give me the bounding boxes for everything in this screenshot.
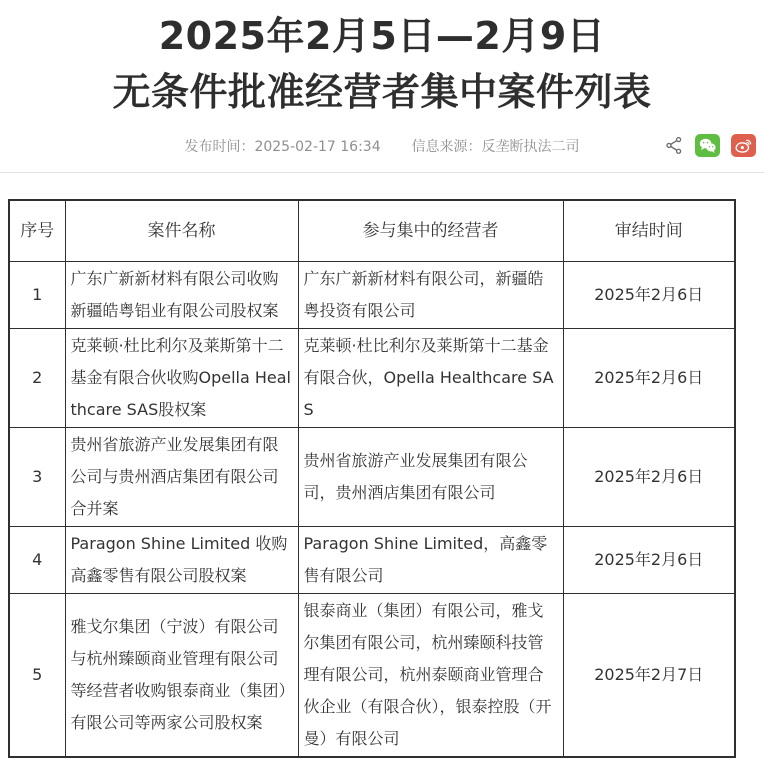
cell-review-date: 2025年2月6日 — [563, 527, 735, 594]
info-source-value: 反垄断执法二司 — [482, 139, 580, 155]
info-source-label: 信息来源： — [412, 139, 482, 155]
cases-table: 序号 案件名称 参与集中的经营者 审结时间 1 广东广新新材料有限公司收购新疆皓… — [8, 199, 736, 758]
table-row: 3 贵州省旅游产业发展集团有限公司与贵州酒店集团有限公司合并案 贵州省旅游产业发… — [9, 428, 735, 527]
publish-time-value: 2025-02-17 16:34 — [254, 139, 380, 155]
table-row: 1 广东广新新材料有限公司收购新疆皓粤铝业有限公司股权案 广东广新新材料有限公司… — [9, 262, 735, 329]
cell-no: 5 — [9, 594, 65, 758]
cell-parties: Paragon Shine Limited，高鑫零售有限公司 — [298, 527, 563, 594]
cell-no: 2 — [9, 329, 65, 428]
share-bar — [664, 132, 756, 158]
wechat-icon[interactable] — [695, 134, 720, 157]
cell-review-date: 2025年2月6日 — [563, 262, 735, 329]
info-source: 信息来源：反垄断执法二司 — [412, 134, 580, 160]
cell-no: 1 — [9, 262, 65, 329]
cell-review-date: 2025年2月6日 — [563, 329, 735, 428]
table-row: 5 雅戈尔集团（宁波）有限公司与杭州臻颐商业管理有限公司等经营者收购银泰商业（集… — [9, 594, 735, 758]
header-divider — [0, 172, 764, 173]
table-wrap: 序号 案件名称 参与集中的经营者 审结时间 1 广东广新新材料有限公司收购新疆皓… — [8, 199, 734, 758]
meta-row: 发布时间：2025-02-17 16:34 信息来源：反垄断执法二司 — [0, 134, 764, 160]
cell-case-name: 雅戈尔集团（宁波）有限公司与杭州臻颐商业管理有限公司等经营者收购银泰商业（集团）… — [65, 594, 298, 758]
cell-no: 3 — [9, 428, 65, 527]
weibo-icon[interactable] — [731, 134, 756, 157]
article-header: 2025年2月5日—2月9日 无条件批准经营者集中案件列表 发布时间：2025-… — [0, 0, 764, 173]
page-title-line1: 2025年2月5日—2月9日 — [0, 8, 764, 64]
col-header-case: 案件名称 — [65, 200, 298, 262]
table-header-row: 序号 案件名称 参与集中的经营者 审结时间 — [9, 200, 735, 262]
page-title-line2: 无条件批准经营者集中案件列表 — [0, 64, 764, 120]
share-icon[interactable] — [664, 135, 684, 155]
publish-time-label: 发布时间： — [184, 139, 254, 155]
cell-case-name: Paragon Shine Limited 收购高鑫零售有限公司股权案 — [65, 527, 298, 594]
page: 2025年2月5日—2月9日 无条件批准经营者集中案件列表 发布时间：2025-… — [0, 0, 764, 770]
cell-case-name: 广东广新新材料有限公司收购新疆皓粤铝业有限公司股权案 — [65, 262, 298, 329]
cell-parties: 贵州省旅游产业发展集团有限公司，贵州酒店集团有限公司 — [298, 428, 563, 527]
cell-parties: 广东广新新材料有限公司，新疆皓粤投资有限公司 — [298, 262, 563, 329]
col-header-parties: 参与集中的经营者 — [298, 200, 563, 262]
page-title: 2025年2月5日—2月9日 无条件批准经营者集中案件列表 — [0, 8, 764, 120]
cell-parties: 银泰商业（集团）有限公司，雅戈尔集团有限公司，杭州臻颐科技管理有限公司，杭州泰颐… — [298, 594, 563, 758]
cell-case-name: 贵州省旅游产业发展集团有限公司与贵州酒店集团有限公司合并案 — [65, 428, 298, 527]
cell-no: 4 — [9, 527, 65, 594]
cell-review-date: 2025年2月6日 — [563, 428, 735, 527]
cell-review-date: 2025年2月7日 — [563, 594, 735, 758]
cell-case-name: 克莱顿·杜比利尔及莱斯第十二基金有限合伙收购Opella Healthcare … — [65, 329, 298, 428]
table-row: 4 Paragon Shine Limited 收购高鑫零售有限公司股权案 Pa… — [9, 527, 735, 594]
col-header-date: 审结时间 — [563, 200, 735, 262]
col-header-no: 序号 — [9, 200, 65, 262]
table-row: 2 克莱顿·杜比利尔及莱斯第十二基金有限合伙收购Opella Healthcar… — [9, 329, 735, 428]
publish-time: 发布时间：2025-02-17 16:34 — [184, 134, 380, 160]
cell-parties: 克莱顿·杜比利尔及莱斯第十二基金有限合伙，Opella Healthcare S… — [298, 329, 563, 428]
